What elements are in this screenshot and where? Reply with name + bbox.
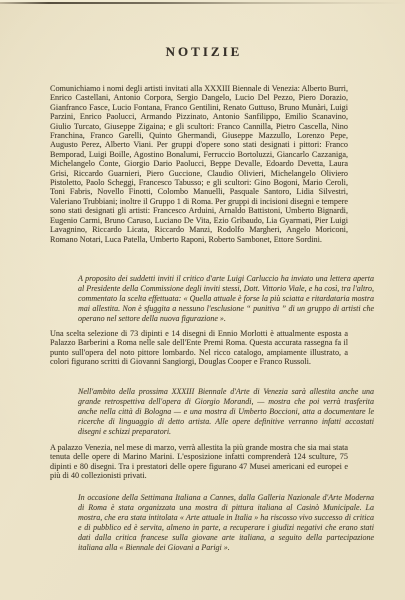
scanned-document-page: NOTIZIE Comunichiamo i nomi degli artist… bbox=[0, 0, 405, 600]
paragraph-morlotti-exhibition: Una scelta selezione di 73 dipinti e 14 … bbox=[50, 329, 348, 367]
paragraph-cannes-italian-week: In occasione della Settimana Italiana a … bbox=[78, 493, 374, 552]
paragraph-morandi-boccioni-retrospective: Nell'ambito della prossima XXXIII Bienna… bbox=[78, 387, 374, 437]
scan-edge-shadow bbox=[0, 2, 405, 4]
paragraph-biennale-invited-artists: Comunichiamo i nomi degli artisti invita… bbox=[50, 84, 348, 244]
paragraph-carluccio-open-letter: A proposito dei suddetti inviti il criti… bbox=[78, 274, 374, 324]
page-title: NOTIZIE bbox=[0, 44, 405, 60]
paragraph-marini-exhibition: A palazzo Venezia, nel mese di marzo, ve… bbox=[50, 443, 348, 481]
